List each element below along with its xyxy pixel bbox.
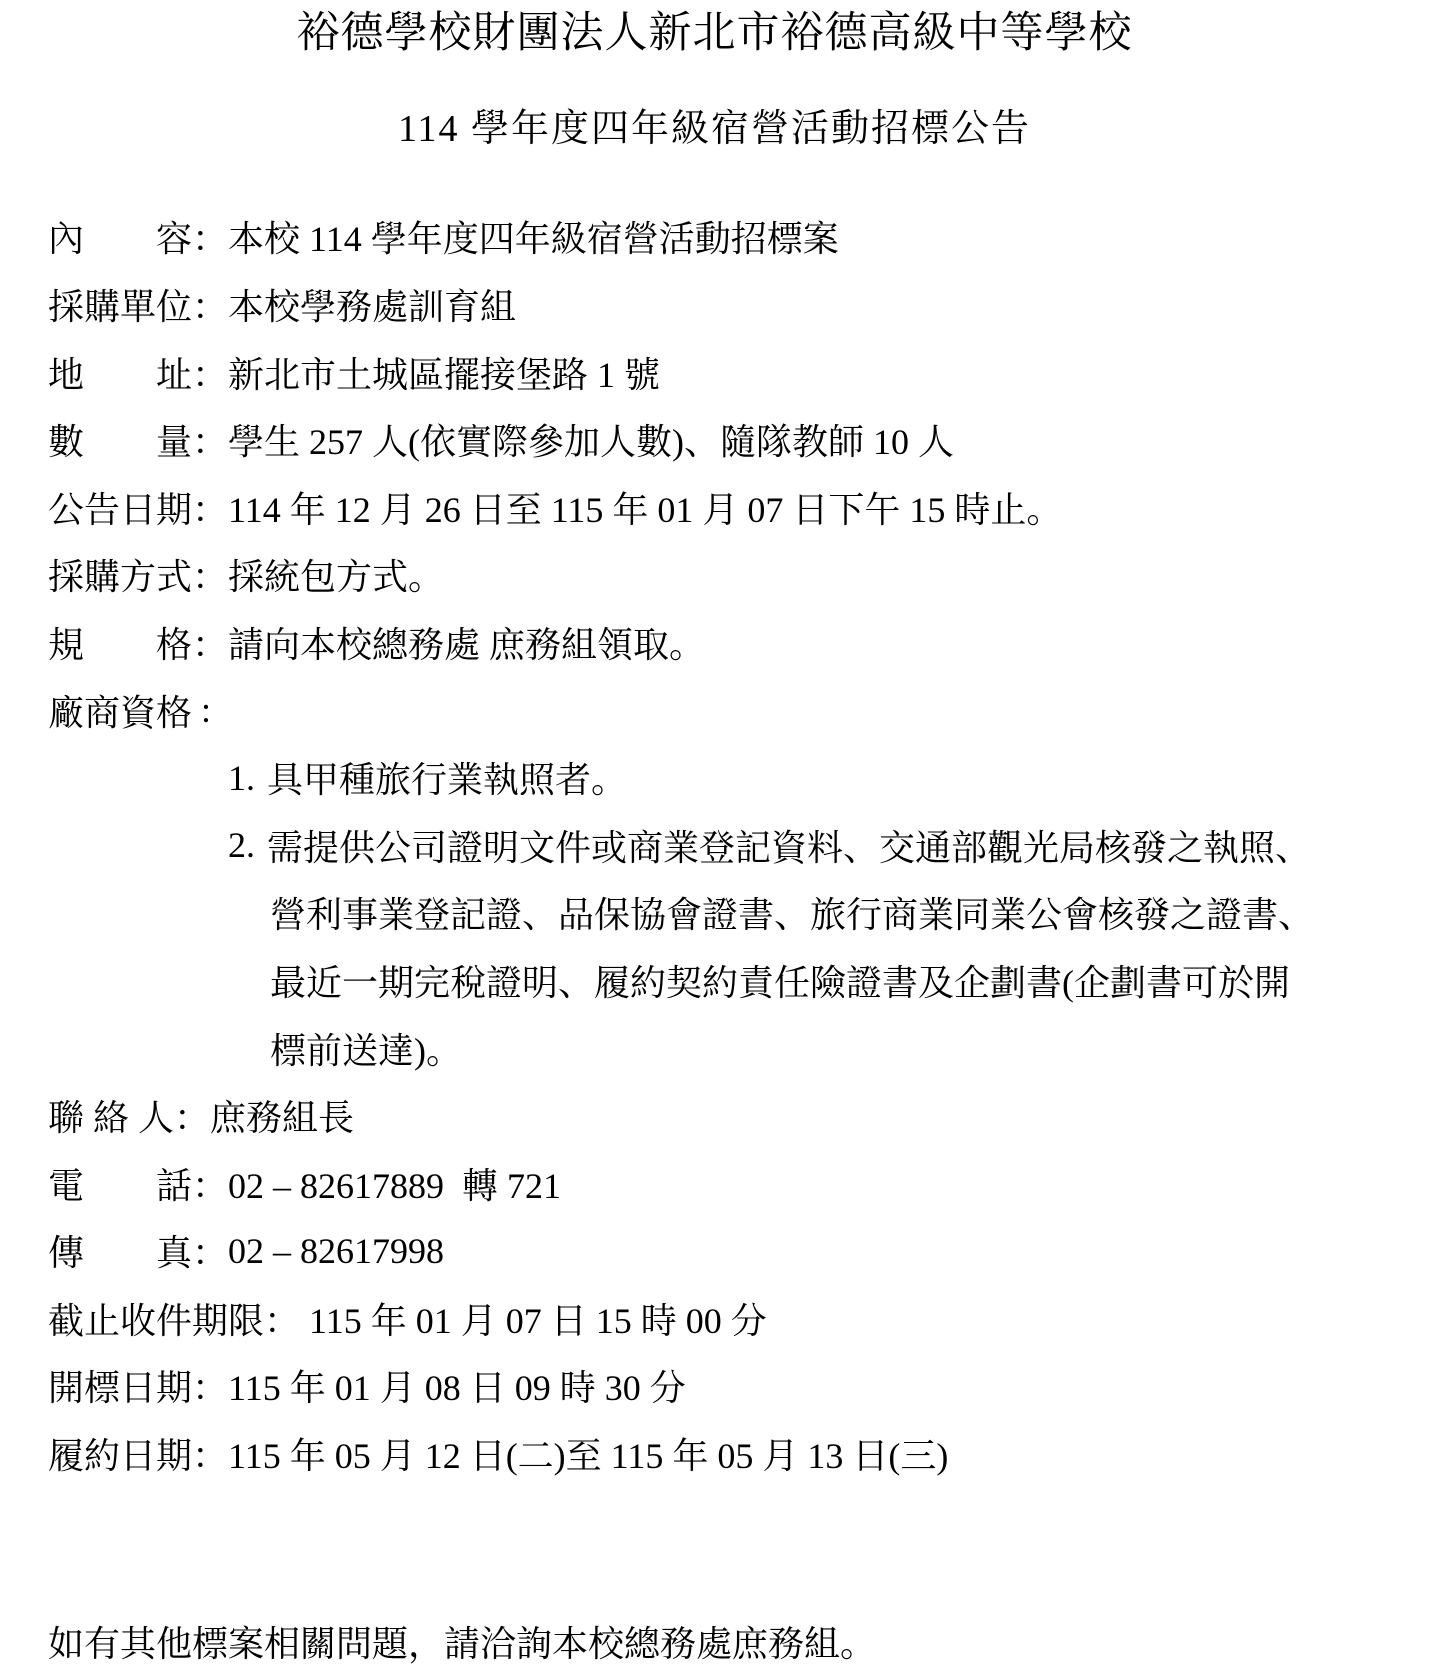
field-label: 規 格 [48, 617, 192, 668]
field-label: 截止收件期限 [48, 1293, 264, 1344]
field-value: 學生 257 人(依實際參加人數)、隨隊教師 10 人 [228, 414, 954, 465]
list-marker: 2. [228, 824, 255, 866]
field-colon: ： [192, 1360, 228, 1411]
row-bid-opening-date: 開標日期：115 年 01 月 08 日 09 時 30 分 [48, 1352, 1429, 1420]
footer-text: 如有其他標案相關問題，請洽詢本校總務處庶務組。 [48, 1616, 876, 1667]
requirement-text: 具甲種旅行業執照者。 [267, 752, 627, 803]
field-colon: ： [192, 1225, 228, 1276]
requirement-2-line-2: 營利事業登記證、品保協會證書、旅行商業同業公會核發之證書、 [48, 879, 1429, 947]
field-label: 聯 絡 人 [48, 1090, 174, 1141]
field-colon: ： [264, 1293, 300, 1344]
row-phone: 電 話：02 – 82617889 轉 721 [48, 1149, 1429, 1217]
field-label: 電 話 [48, 1158, 192, 1209]
field-label: 地 址 [48, 347, 192, 398]
requirement-2-line-3: 最近一期完稅證明、履約契約責任險證書及企劃書(企劃書可於開 [48, 947, 1429, 1015]
requirement-text: 需提供公司證明文件或商業登記資料、交通部觀光局核發之執照、 [267, 820, 1311, 871]
field-value: 115 年 01 月 07 日 15 時 00 分 [300, 1293, 767, 1344]
field-label: 廠商資格 [48, 685, 192, 736]
blank-gap [48, 1487, 1429, 1607]
field-colon: ： [192, 279, 228, 330]
field-colon: ： [192, 1158, 228, 1209]
field-value: 新北市土城區擺接堡路 1 號 [228, 347, 660, 398]
list-marker: 1. [228, 757, 255, 799]
field-colon: ： [192, 617, 228, 668]
row-submission-deadline: 截止收件期限： 115 年 01 月 07 日 15 時 00 分 [48, 1285, 1429, 1353]
page-title: 裕德學校財團法人新北市裕德高級中等學校 [0, 0, 1429, 57]
field-value: 採統包方式。 [228, 549, 444, 600]
field-label: 採購方式 [48, 549, 192, 600]
field-label: 履約日期 [48, 1428, 192, 1479]
field-value: 02 – 82617998 [228, 1230, 444, 1272]
document-body: 內 容：本校 114 學年度四年級宿營活動招標案 採購單位：本校學務處訓育組 地… [0, 203, 1429, 1667]
row-content: 內 容：本校 114 學年度四年級宿營活動招標案 [48, 203, 1429, 271]
field-colon: ： [192, 549, 228, 600]
field-value: 庶務組長 [210, 1090, 354, 1141]
field-value: 請向本校總務處 庶務組領取。 [228, 617, 705, 668]
row-performance-date: 履約日期：115 年 05 月 12 日(二)至 115 年 05 月 13 日… [48, 1420, 1429, 1488]
field-colon: ： [192, 211, 228, 262]
field-value: 115 年 05 月 12 日(二)至 115 年 05 月 13 日(三) [228, 1428, 948, 1479]
page-subtitle: 114 學年度四年級宿營活動招標公告 [0, 109, 1429, 151]
row-purchasing-unit: 採購單位：本校學務處訓育組 [48, 271, 1429, 339]
document-page: 裕德學校財團法人新北市裕德高級中等學校 114 學年度四年級宿營活動招標公告 內… [0, 0, 1429, 1667]
footer-note: 如有其他標案相關問題，請洽詢本校總務處庶務組。 [48, 1607, 1429, 1667]
row-vendor-qualification: 廠商資格 : [48, 676, 1429, 744]
row-specification: 規 格：請向本校總務處 庶務組領取。 [48, 609, 1429, 677]
row-address: 地 址：新北市土城區擺接堡路 1 號 [48, 338, 1429, 406]
row-announcement-period: 公告日期：114 年 12 月 26 日至 115 年 01 月 07 日下午 … [48, 473, 1429, 541]
field-value: 本校 114 學年度四年級宿營活動招標案 [228, 211, 839, 262]
requirement-2-line-1: 2.需提供公司證明文件或商業登記資料、交通部觀光局核發之執照、 [48, 811, 1429, 879]
field-colon: ： [192, 1428, 228, 1479]
row-contact-person: 聯 絡 人：庶務組長 [48, 1082, 1429, 1150]
requirement-1: 1.具甲種旅行業執照者。 [48, 744, 1429, 812]
requirement-text: 營利事業登記證、品保協會證書、旅行商業同業公會核發之證書、 [270, 887, 1314, 938]
field-label: 數 量 [48, 414, 192, 465]
field-label: 內 容 [48, 211, 192, 262]
field-colon: : [192, 689, 211, 731]
field-value: 114 年 12 月 26 日至 115 年 01 月 07 日下午 15 時止… [228, 482, 1062, 533]
field-value: 115 年 01 月 08 日 09 時 30 分 [228, 1360, 686, 1411]
field-label: 開標日期 [48, 1360, 192, 1411]
requirement-text: 最近一期完稅證明、履約契約責任險證書及企劃書(企劃書可於開 [270, 955, 1290, 1006]
requirement-text: 標前送達)。 [270, 1023, 462, 1074]
field-label: 傳 真 [48, 1225, 192, 1276]
requirement-2-line-4: 標前送達)。 [48, 1014, 1429, 1082]
field-value: 本校學務處訓育組 [228, 279, 516, 330]
field-label: 公告日期 [48, 482, 192, 533]
field-colon: ： [174, 1090, 210, 1141]
field-colon: ： [192, 347, 228, 398]
row-procurement-method: 採購方式：採統包方式。 [48, 541, 1429, 609]
field-colon: ： [192, 482, 228, 533]
field-colon: ： [192, 414, 228, 465]
row-fax: 傳 真：02 – 82617998 [48, 1217, 1429, 1285]
field-label: 採購單位 [48, 279, 192, 330]
field-value: 02 – 82617889 轉 721 [228, 1158, 561, 1209]
row-quantity: 數 量：學生 257 人(依實際參加人數)、隨隊教師 10 人 [48, 406, 1429, 474]
